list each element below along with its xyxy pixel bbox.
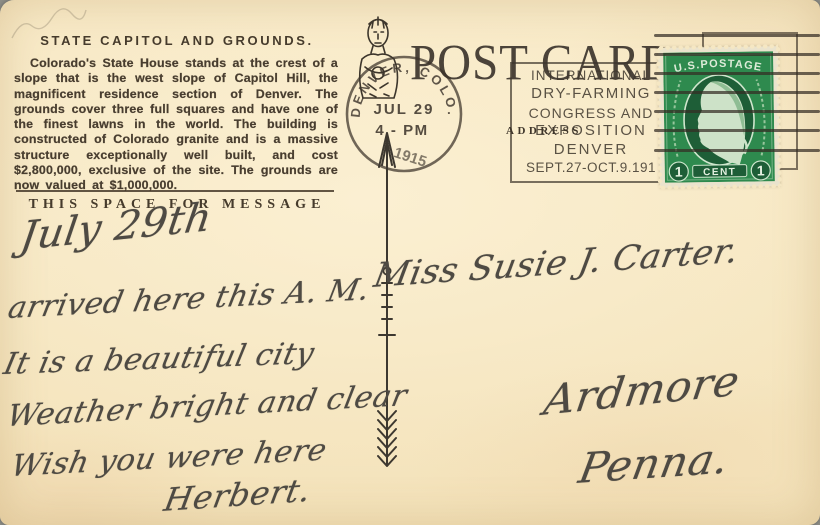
message-line: Weather bright and clear [4,378,410,434]
postage-stamp: U.S.POSTAGE 1 1 CENT [658,46,780,188]
cancel-bar [654,110,820,113]
address-line-state: Penna. [575,434,733,493]
slogan-line: DENVER [512,141,670,159]
cancel-bar [654,72,820,75]
card-title: STATE CAPITOL AND GROUNDS. [14,33,340,48]
cancel-bar [654,149,820,152]
slogan-line: SEPT.27-OCT.9.191 [512,159,670,177]
message-line: It is a beautiful city [1,336,318,382]
address-line-name: Miss Susie J. Carter. [371,231,742,296]
stamp-engraving: U.S.POSTAGE 1 1 CENT [663,51,775,183]
divider-rule [16,190,334,192]
scanned-postcard: STATE CAPITOL AND GROUNDS. Colorado's St… [0,0,820,525]
message-line: arrived here this A. M. [5,272,373,326]
cancel-bar [654,129,820,132]
stamp-perforation [660,182,780,190]
cancel-bar [654,53,820,56]
address-line-city: Ardmore [541,356,743,425]
cancel-bar [654,34,820,37]
postmark-date: JUL 29 [374,101,435,118]
stamp-denom-center: CENT [703,167,736,178]
address-label: ADDRESS [506,125,582,137]
cancel-bar [654,91,820,94]
arrow-divider [369,125,405,477]
stamp-denom-left: 1 [675,164,683,180]
signature: Herbert. [161,471,314,519]
postcard-back: STATE CAPITOL AND GROUNDS. Colorado's St… [0,0,820,525]
stamp-denom-right: 1 [757,162,765,178]
slogan-line: CONGRESS AND [512,104,670,122]
card-description: Colorado's State House stands at the cre… [14,56,338,194]
seated-figure-sketch [348,10,408,102]
